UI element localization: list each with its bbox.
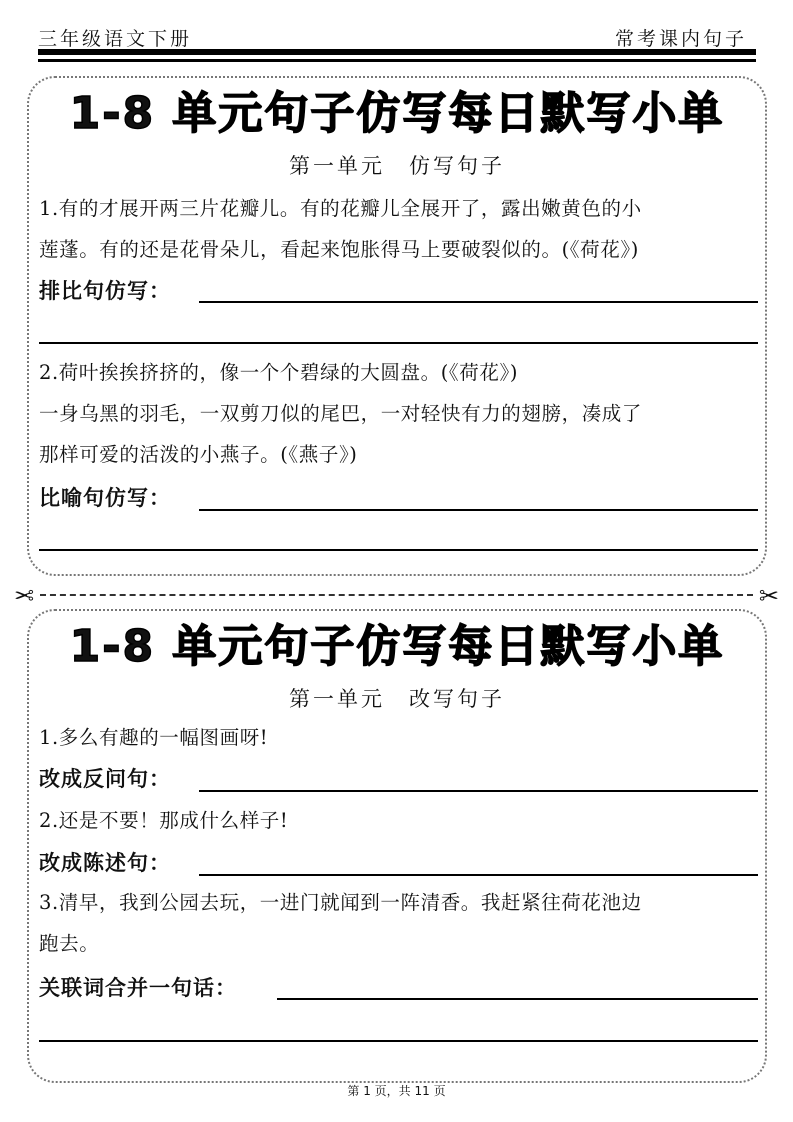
exercise-1-answer-line-2[interactable]: [39, 342, 758, 344]
exercise-2-answer-line-2[interactable]: [39, 549, 758, 551]
exercise-2-line-2: 一身乌黑的羽毛，一双剪刀似的尾巴，一对轻快有力的翅膀，凑成了: [39, 393, 759, 434]
worksheet-title: 1-8 单元句子仿写每日默写小单: [29, 88, 765, 140]
exercise-2-text: 2.荷叶挨挨挤挤的，像一个个碧绿的大圆盘。(《荷花》) 一身乌黑的羽毛，一双剪刀…: [39, 352, 759, 475]
exercise-2-prompt: 比喻句仿写：: [39, 482, 171, 512]
header-rule-thin: [38, 59, 756, 62]
rewrite-1-prompt: 改成反问句：: [39, 763, 171, 793]
rewrite-2-answer-line[interactable]: [199, 874, 758, 876]
exercise-1-line-1: 1.有的才展开两三片花瓣儿。有的花瓣儿全展开了，露出嫩黄色的小: [39, 188, 759, 229]
cut-line: ✂ ✂: [0, 584, 793, 608]
header-grade-label: 三年级语文下册: [38, 24, 192, 51]
rewrite-3-text: 3.清早，我到公园去玩，一进门就闻到一阵清香。我赶紧往荷花池边 跑去。: [39, 882, 759, 964]
rewrite-2-text: 2.还是不要！那成什么样子!: [39, 800, 759, 841]
rewrite-2-prompt: 改成陈述句：: [39, 847, 171, 877]
rewrite-3-line-2: 跑去。: [39, 923, 759, 964]
rewrite-1-line-1: 1.多么有趣的一幅图画呀!: [39, 717, 759, 758]
page-number: 第 1 页，共 11 页: [0, 1082, 793, 1099]
worksheet-subtitle: 第一单元 改写句子: [29, 683, 765, 713]
header-topic-label: 常考课内句子: [615, 24, 747, 51]
rewrite-3-answer-line-2[interactable]: [39, 1040, 758, 1042]
header-rule-thick: [38, 49, 756, 55]
worksheet-card-imitation: 1-8 单元句子仿写每日默写小单 第一单元 仿写句子 1.有的才展开两三片花瓣儿…: [27, 76, 767, 576]
exercise-2-answer-line-1[interactable]: [199, 509, 758, 511]
rewrite-3-line-1: 3.清早，我到公园去玩，一进门就闻到一阵清香。我赶紧往荷花池边: [39, 882, 759, 923]
scissors-icon: ✂: [759, 584, 779, 608]
exercise-2-line-1: 2.荷叶挨挨挤挤的，像一个个碧绿的大圆盘。(《荷花》): [39, 352, 759, 393]
exercise-1-prompt: 排比句仿写：: [39, 275, 171, 305]
cut-dashed-line: [40, 594, 753, 596]
rewrite-1-answer-line[interactable]: [199, 790, 758, 792]
rewrite-3-answer-line-1[interactable]: [277, 998, 758, 1000]
worksheet-subtitle: 第一单元 仿写句子: [29, 150, 765, 180]
rewrite-3-prompt: 关联词合并一句话：: [39, 972, 237, 1002]
exercise-2-line-3: 那样可爱的活泼的小燕子。(《燕子》): [39, 434, 759, 475]
exercise-1-answer-line-1[interactable]: [199, 301, 758, 303]
rewrite-1-text: 1.多么有趣的一幅图画呀!: [39, 717, 759, 758]
worksheet-card-rewrite: 1-8 单元句子仿写每日默写小单 第一单元 改写句子 1.多么有趣的一幅图画呀!…: [27, 609, 767, 1083]
exercise-1-text: 1.有的才展开两三片花瓣儿。有的花瓣儿全展开了，露出嫩黄色的小 莲蓬。有的还是花…: [39, 188, 759, 270]
scissors-icon: ✂: [14, 584, 34, 608]
exercise-1-line-2: 莲蓬。有的还是花骨朵儿，看起来饱胀得马上要破裂似的。(《荷花》): [39, 229, 759, 270]
rewrite-2-line-1: 2.还是不要！那成什么样子!: [39, 800, 759, 841]
worksheet-title: 1-8 单元句子仿写每日默写小单: [29, 621, 765, 673]
